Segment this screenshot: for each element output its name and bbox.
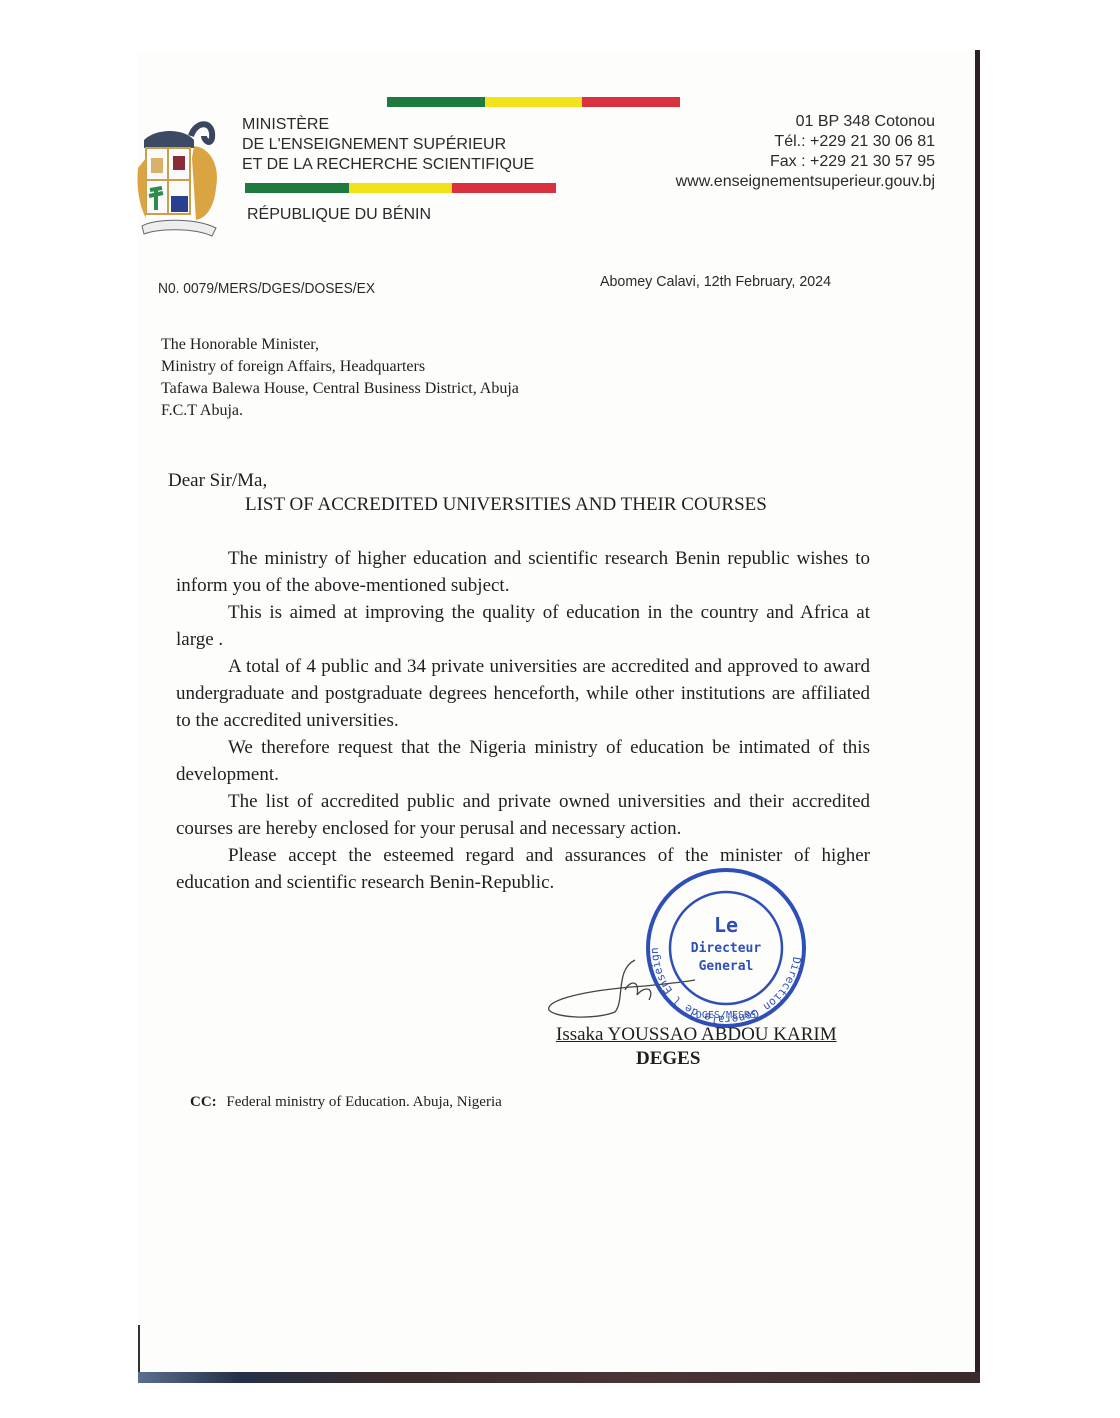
- addressee-line: Tafawa Balewa House, Central Business Di…: [161, 378, 519, 400]
- paragraph: The ministry of higher education and sci…: [176, 545, 870, 599]
- svg-text:DGES/MESRS: DGES/MESRS: [696, 1010, 756, 1021]
- svg-text:Directeur: Directeur: [691, 941, 762, 956]
- letter-date: Abomey Calavi, 12th February, 2024: [600, 273, 831, 290]
- page-edge-bottom: [138, 1372, 980, 1383]
- addressee-line: The Honorable Minister,: [161, 334, 519, 356]
- flag-bar-top: [387, 97, 680, 107]
- ministry-line: DE L'ENSEIGNEMENT SUPÉRIEUR: [242, 135, 534, 155]
- republic-name: RÉPUBLIQUE DU BÉNIN: [247, 206, 431, 224]
- reference-number: N0. 0079/MERS/DGES/DOSES/EX: [158, 280, 375, 297]
- ministry-line: MINISTÈRE: [242, 115, 534, 135]
- ministry-line: ET DE LA RECHERCHE SCIENTIFIQUE: [242, 155, 534, 175]
- signatory-title: DEGES: [636, 1048, 700, 1070]
- telephone: Tél.: +229 21 30 06 81: [676, 132, 935, 152]
- svg-text:Le: Le: [714, 913, 738, 937]
- addressee-block: The Honorable Minister, Ministry of fore…: [161, 334, 519, 422]
- cc-recipient: Federal ministry of Education. Abuja, Ni…: [226, 1094, 501, 1110]
- official-stamp-icon: Direction Generale de l Enseignement Sup…: [636, 868, 816, 1028]
- po-box: 01 BP 348 Cotonou: [676, 112, 935, 132]
- flag-bar-middle: [245, 183, 556, 193]
- svg-text:General: General: [699, 959, 754, 974]
- website-link[interactable]: www.enseignementsuperieur.gouv.bj: [676, 172, 935, 192]
- paragraph: The list of accredited public and privat…: [176, 788, 870, 842]
- salutation: Dear Sir/Ma,: [168, 470, 267, 492]
- addressee-line: Ministry of foreign Affairs, Headquarter…: [161, 356, 519, 378]
- fax: Fax : +229 21 30 57 95: [676, 152, 935, 172]
- cc-line: CC: Federal ministry of Education. Abuja…: [190, 1094, 502, 1111]
- paragraph: We therefore request that the Nigeria mi…: [176, 734, 870, 788]
- cc-label: CC:: [190, 1094, 217, 1110]
- paragraph: A total of 4 public and 34 private unive…: [176, 653, 870, 734]
- ministry-name: MINISTÈRE DE L'ENSEIGNEMENT SUPÉRIEUR ET…: [242, 115, 534, 175]
- letter-body: The ministry of higher education and sci…: [176, 545, 870, 896]
- signatory-name: Issaka YOUSSAO ABDOU KARIM: [556, 1024, 837, 1046]
- coat-of-arms-icon: [136, 118, 226, 243]
- paragraph: This is aimed at improving the quality o…: [176, 599, 870, 653]
- contact-block: 01 BP 348 Cotonou Tél.: +229 21 30 06 81…: [676, 112, 935, 192]
- page-edge-right: [975, 50, 980, 1380]
- addressee-line: F.C.T Abuja.: [161, 400, 519, 422]
- subject-heading: LIST OF ACCREDITED UNIVERSITIES AND THEI…: [245, 494, 767, 516]
